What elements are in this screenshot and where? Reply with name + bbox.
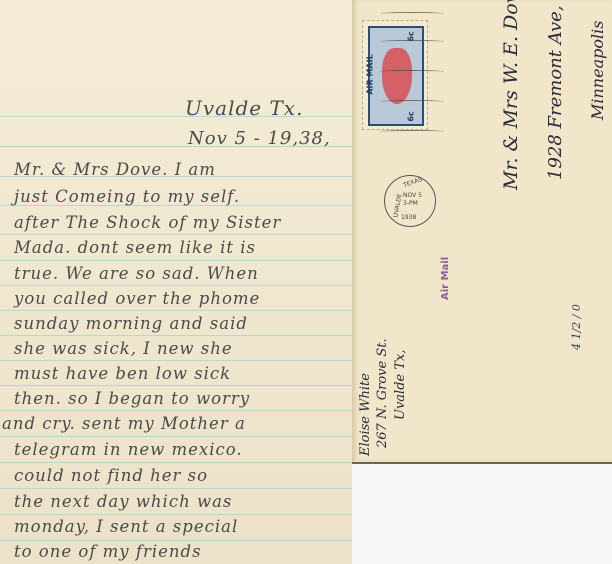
- eagle-icon: [382, 48, 412, 104]
- postmark-time: 3-PM: [403, 200, 418, 207]
- postmark-state: TEXAS: [402, 176, 423, 189]
- stamp-label: AIR MAIL: [366, 54, 375, 94]
- letter-line: you called over the phome: [14, 289, 260, 308]
- letter-line: must have ben low sick: [14, 364, 231, 383]
- letter-line: the next day which was: [14, 492, 232, 511]
- letter-line: just Comeing to my self.: [14, 187, 240, 206]
- letter-line: sunday morning and said: [14, 314, 248, 333]
- letter-line: could not find her so: [14, 466, 208, 485]
- return-street: 267 N. Grove St.: [375, 338, 390, 448]
- recipient-street: 1928 Fremont Ave, So.: [545, 0, 566, 180]
- letter-line: telegram in new mexico.: [14, 440, 243, 459]
- letter-line: monday, I sent a special: [14, 517, 238, 536]
- handwritten-letter-page: Uvalde Tx. Nov 5 - 19,38, Mr. & Mrs Dove…: [0, 0, 352, 564]
- letter-place: Uvalde Tx.: [185, 96, 303, 120]
- cancellation-wave: [380, 100, 444, 103]
- ruled-line: [0, 310, 352, 311]
- recipient-name: Mr. & Mrs W. E. Dove,: [500, 0, 522, 190]
- return-name: Eloise White: [358, 373, 373, 456]
- letter-line: then. so I began to worry: [14, 389, 250, 408]
- ruled-line: [0, 335, 352, 336]
- ruled-line: [0, 488, 352, 489]
- ruled-line: [0, 436, 352, 437]
- return-city: Uvalde Tx,: [393, 350, 408, 421]
- letter-line: she was sick, I new she: [14, 339, 233, 358]
- ruled-line: [0, 514, 352, 515]
- letter-line: to one of my friends: [14, 542, 202, 561]
- ruled-line: [0, 540, 352, 541]
- stamp-denomination-bottom: 6c: [407, 111, 416, 121]
- ruled-line: [0, 360, 352, 361]
- cancellation-wave: [380, 130, 444, 133]
- cancellation-wave: [380, 40, 444, 43]
- letter-line: and cry. sent my Mother a: [2, 414, 246, 433]
- ruled-line: [0, 234, 352, 235]
- ruled-line: [0, 260, 352, 261]
- postmark: TEXAS NOV 5 3-PM 1938 UVALDE: [384, 175, 436, 227]
- letter-line: Mada. dont seem like it is: [14, 238, 256, 257]
- letter-date: Nov 5 - 19,38,: [188, 128, 331, 149]
- pencil-note: 4 1/2 / 0: [570, 304, 583, 350]
- postmark-date: NOV 5: [403, 192, 422, 199]
- ruled-line: [0, 462, 352, 463]
- letter-line: Mr. & Mrs Dove. I am: [14, 160, 216, 179]
- airmail-stamp: AIR MAIL 6c 6c: [362, 20, 428, 130]
- letter-line: after The Shock of my Sister: [14, 213, 281, 232]
- ruled-line: [0, 410, 352, 411]
- recipient-city: Minneapolis: [588, 21, 607, 120]
- blank-background: [352, 464, 612, 564]
- ruled-line: [0, 285, 352, 286]
- ruled-line: [0, 385, 352, 386]
- letter-line: true. We are so sad. When: [14, 264, 259, 283]
- postmark-year: 1938: [401, 214, 416, 221]
- cancellation-wave: [380, 70, 444, 73]
- cancellation-wave: [380, 12, 444, 15]
- airmail-handstamp: Air Mail: [440, 257, 451, 300]
